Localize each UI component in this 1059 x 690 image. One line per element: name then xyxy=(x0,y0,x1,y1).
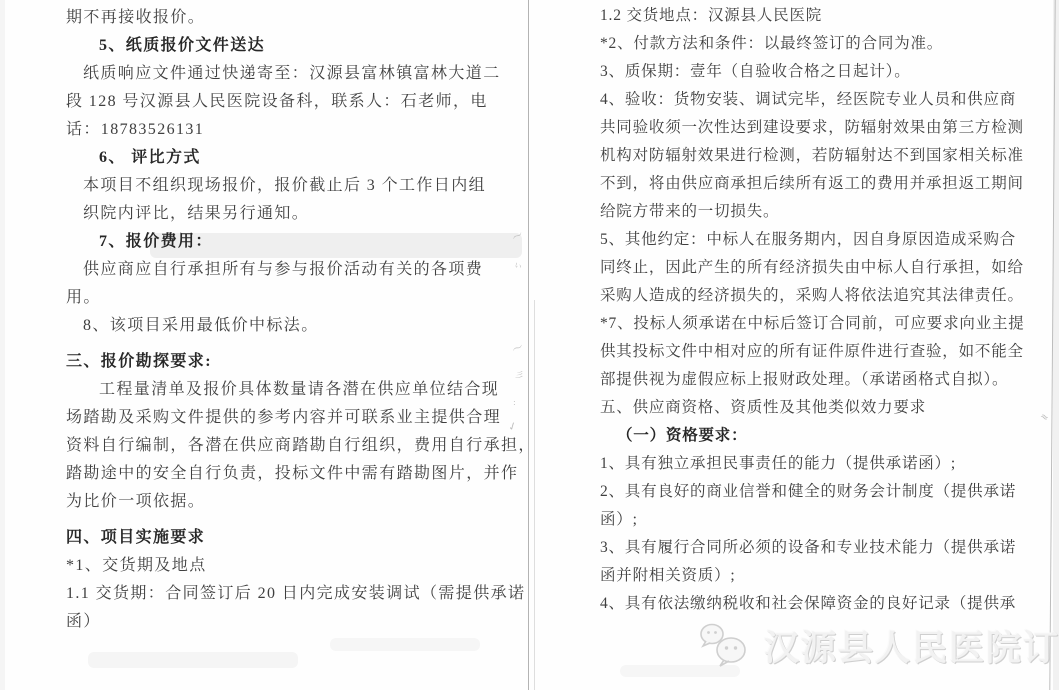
text-line: 资料自行编制，各潜在供应商踏勘自行组织，费用自行承担， xyxy=(66,432,538,460)
text-line: 部提供视为虚假应标上报财政处理。（承诺函格式自拟）。 xyxy=(600,366,1024,394)
text-line: 纸质响应文件通过快递寄至：汉源县富林镇富林大道二 xyxy=(66,60,538,88)
text-line: 函）; xyxy=(600,506,1024,534)
text-line: 1.2 交货地点：汉源县人民医院 xyxy=(600,2,1024,30)
scan-smudge xyxy=(88,652,298,668)
text-line: 函并附相关资质）; xyxy=(600,562,1024,590)
text-line: 用。 xyxy=(66,284,538,312)
text-line: 7、报价费用： xyxy=(66,228,538,256)
page-gutter-line-secondary xyxy=(534,300,535,690)
text-line: 1、具有独立承担民事责任的能力（提供承诺函）; xyxy=(600,450,1024,478)
text-line: 五、供应商资格、资质性及其他类似效力要求 xyxy=(600,394,1024,422)
scan-smudge xyxy=(330,638,480,651)
text-line: 6、 评比方式 xyxy=(66,144,538,172)
text-line: 给院方带来的一切损失。 xyxy=(600,198,1024,226)
text-line: 供应商应自行承担所有与参与报价活动有关的各项费 xyxy=(66,256,538,284)
left-edge-shade xyxy=(0,0,5,690)
text-line: 机构对防辐射效果进行检测，若防辐射达不到国家相关标准 xyxy=(600,142,1024,170)
text-line: 8、该项目采用最低价中标法。 xyxy=(66,312,538,340)
text-line: 踏勘途中的安全自行负责，投标文件中需有踏勘图片，并作 xyxy=(66,460,538,488)
text-line: 4、验收：货物安装、调试完毕，经医院专业人员和供应商 xyxy=(600,86,1024,114)
text-line: 5、其他约定：中标人在服务期内，因自身原因造成采购合 xyxy=(600,226,1024,254)
text-line: 函） xyxy=(66,608,538,636)
text-line: 1.1 交货期：合同签订后 20 日内完成安装调试（需提供承诺 xyxy=(66,580,538,608)
text-line: 三、报价勘探要求: xyxy=(66,348,538,376)
text-line: 2、具有良好的商业信誉和健全的财务会计制度（提供承诺 xyxy=(600,478,1024,506)
text-line: 工程量清单及报价具体数量请各潜在供应单位结合现 xyxy=(66,376,538,404)
page-gutter-line xyxy=(528,0,529,690)
text-line: 场踏勘及采购文件提供的参考内容并可联系业主提供合理 xyxy=(66,404,538,432)
text-line: 织院内评比，结果另行通知。 xyxy=(66,200,538,228)
text-line: 期不再接收报价。 xyxy=(66,4,538,32)
text-line: 为比价一项依据。 xyxy=(66,488,538,516)
text-line: 供其投标文件中相对应的所有证件原件进行查验，如不能全 xyxy=(600,338,1024,366)
watermark-text: 汉源县人民医院订阅号 xyxy=(764,621,1059,671)
left-text-column: 期不再接收报价。5、纸质报价文件送达纸质响应文件通过快递寄至：汉源县富林镇富林大… xyxy=(66,4,538,636)
right-text-column: 1.2 交货地点：汉源县人民医院*2、付款方法和条件：以最终签订的合同为准。3、… xyxy=(600,2,1024,618)
text-line: 共同验收须一次性达到建设要求，防辐射效果由第三方检测 xyxy=(600,114,1024,142)
text-line: 3、具有履行合同所必须的设备和专业技术能力（提供承诺 xyxy=(600,534,1024,562)
text-line: 采购人造成的经济损失的，采购人将依法追究其法律责任。 xyxy=(600,282,1024,310)
text-line: 段 128 号汉源县人民医院设备科，联系人：石老师，电 xyxy=(66,88,538,116)
watermark: 汉源县人民医院订阅号 xyxy=(698,620,1059,672)
pen-mark: ≈ xyxy=(1038,411,1051,425)
text-line: 话：18783526131 xyxy=(66,116,538,144)
text-line: 四、项目实施要求 xyxy=(66,524,538,552)
text-line: *7、投标人须承诺在中标后签订合同前，可应要求向业主提 xyxy=(600,310,1024,338)
text-line: *1、交货期及地点 xyxy=(66,552,538,580)
text-line: 5、纸质报价文件送达 xyxy=(66,32,538,60)
text-line: 3、质保期：壹年（自验收合格之日起计）。 xyxy=(600,58,1024,86)
text-line: 本项目不组织现场报价，报价截止后 3 个工作日内组 xyxy=(66,172,538,200)
wechat-icon xyxy=(698,622,754,670)
scanned-document-page: 期不再接收报价。5、纸质报价文件送达纸质响应文件通过快递寄至：汉源县富林镇富林大… xyxy=(0,0,1059,690)
text-line: 不到，将由供应商承担后续所有返工的费用并承担返工期间 xyxy=(600,170,1024,198)
text-line: 同终止，因此产生的所有经济损失由中标人自行承担，如给 xyxy=(600,254,1024,282)
text-line: *2、付款方法和条件：以最终签订的合同为准。 xyxy=(600,30,1024,58)
pen-mark: : xyxy=(513,398,516,407)
text-line: 4、具有依法缴纳税收和社会保障资金的良好记录（提供承 xyxy=(600,590,1024,618)
text-line: （一）资格要求： xyxy=(600,422,1024,450)
